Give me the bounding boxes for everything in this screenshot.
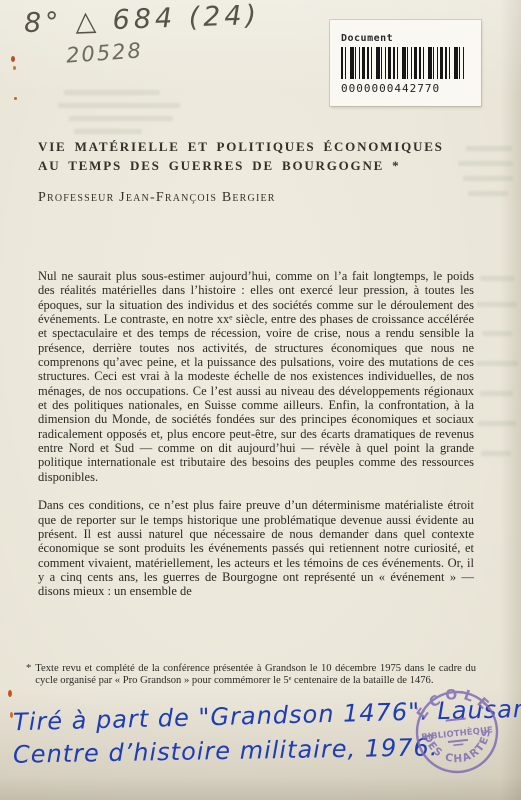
bleed-through-mark — [480, 391, 513, 396]
bleed-through-mark — [480, 276, 514, 281]
author-line: Professeur Jean-François Bergier — [38, 190, 276, 206]
bleed-through-mark — [64, 90, 160, 95]
bleed-through-mark — [478, 421, 516, 426]
barcode-icon — [341, 47, 464, 79]
bleed-through-mark — [69, 116, 173, 121]
article-title: VIE MATÉRIELLE ET POLITIQUES ÉCONOMIQUES… — [38, 138, 478, 175]
bleed-through-mark — [476, 361, 518, 366]
svg-text:ÉCOLE: ÉCOLE — [411, 683, 496, 724]
bleed-through-mark — [458, 161, 513, 166]
article-body: Nul ne saurait plus sous-estimer aujourd… — [38, 269, 474, 599]
handwritten-offprint-note-line2: Centre d’histoire militaire, 1976. — [13, 733, 439, 768]
footnote: * Texte revu et complété de la conférenc… — [26, 663, 476, 686]
body-paragraph: Dans ces conditions, ce n’est plus faire… — [38, 498, 474, 598]
bleed-through-mark — [477, 302, 517, 307]
pencil-shelfmark: 8° △ 684 (24) — [24, 0, 261, 39]
footnote-text: Texte revu et complété de la conférence … — [35, 663, 476, 686]
library-stamp-icon: ÉCOLE DES CHARTES BIBLIOTHÈQUE — [408, 683, 507, 782]
article-title-line1: VIE MATÉRIELLE ET POLITIQUES ÉCONOMIQUES — [38, 138, 478, 157]
bleed-through-mark — [58, 103, 180, 108]
paper-speck — [8, 690, 12, 697]
paper-speck — [10, 712, 13, 718]
bleed-through-mark — [481, 451, 511, 456]
barcode-number: 0000000442770 — [341, 82, 481, 95]
bleed-through-mark — [463, 176, 513, 181]
paper-speck — [14, 97, 17, 100]
pencil-accession-number: 20528 — [65, 38, 143, 67]
bleed-through-mark — [466, 146, 512, 151]
bleed-through-mark — [482, 331, 512, 336]
footnote-marker: * — [26, 663, 31, 686]
paper-speck — [13, 66, 16, 70]
library-stamp: ÉCOLE DES CHARTES BIBLIOTHÈQUE — [408, 683, 507, 782]
body-paragraph: Nul ne saurait plus sous-estimer aujourd… — [38, 269, 474, 484]
article-title-line2: AU TEMPS DES GUERRES DE BOURGOGNE * — [38, 157, 478, 176]
scanned-document-page: 8° △ 684 (24) 20528 Document 00000004427… — [0, 0, 521, 800]
barcode-label: Document 0000000442770 — [330, 20, 481, 106]
barcode-label-title: Document — [341, 33, 481, 44]
bleed-through-mark — [468, 191, 508, 196]
paper-speck — [11, 56, 15, 62]
stamp-top-text: ÉCOLE — [411, 683, 496, 724]
bleed-through-mark — [74, 129, 142, 134]
